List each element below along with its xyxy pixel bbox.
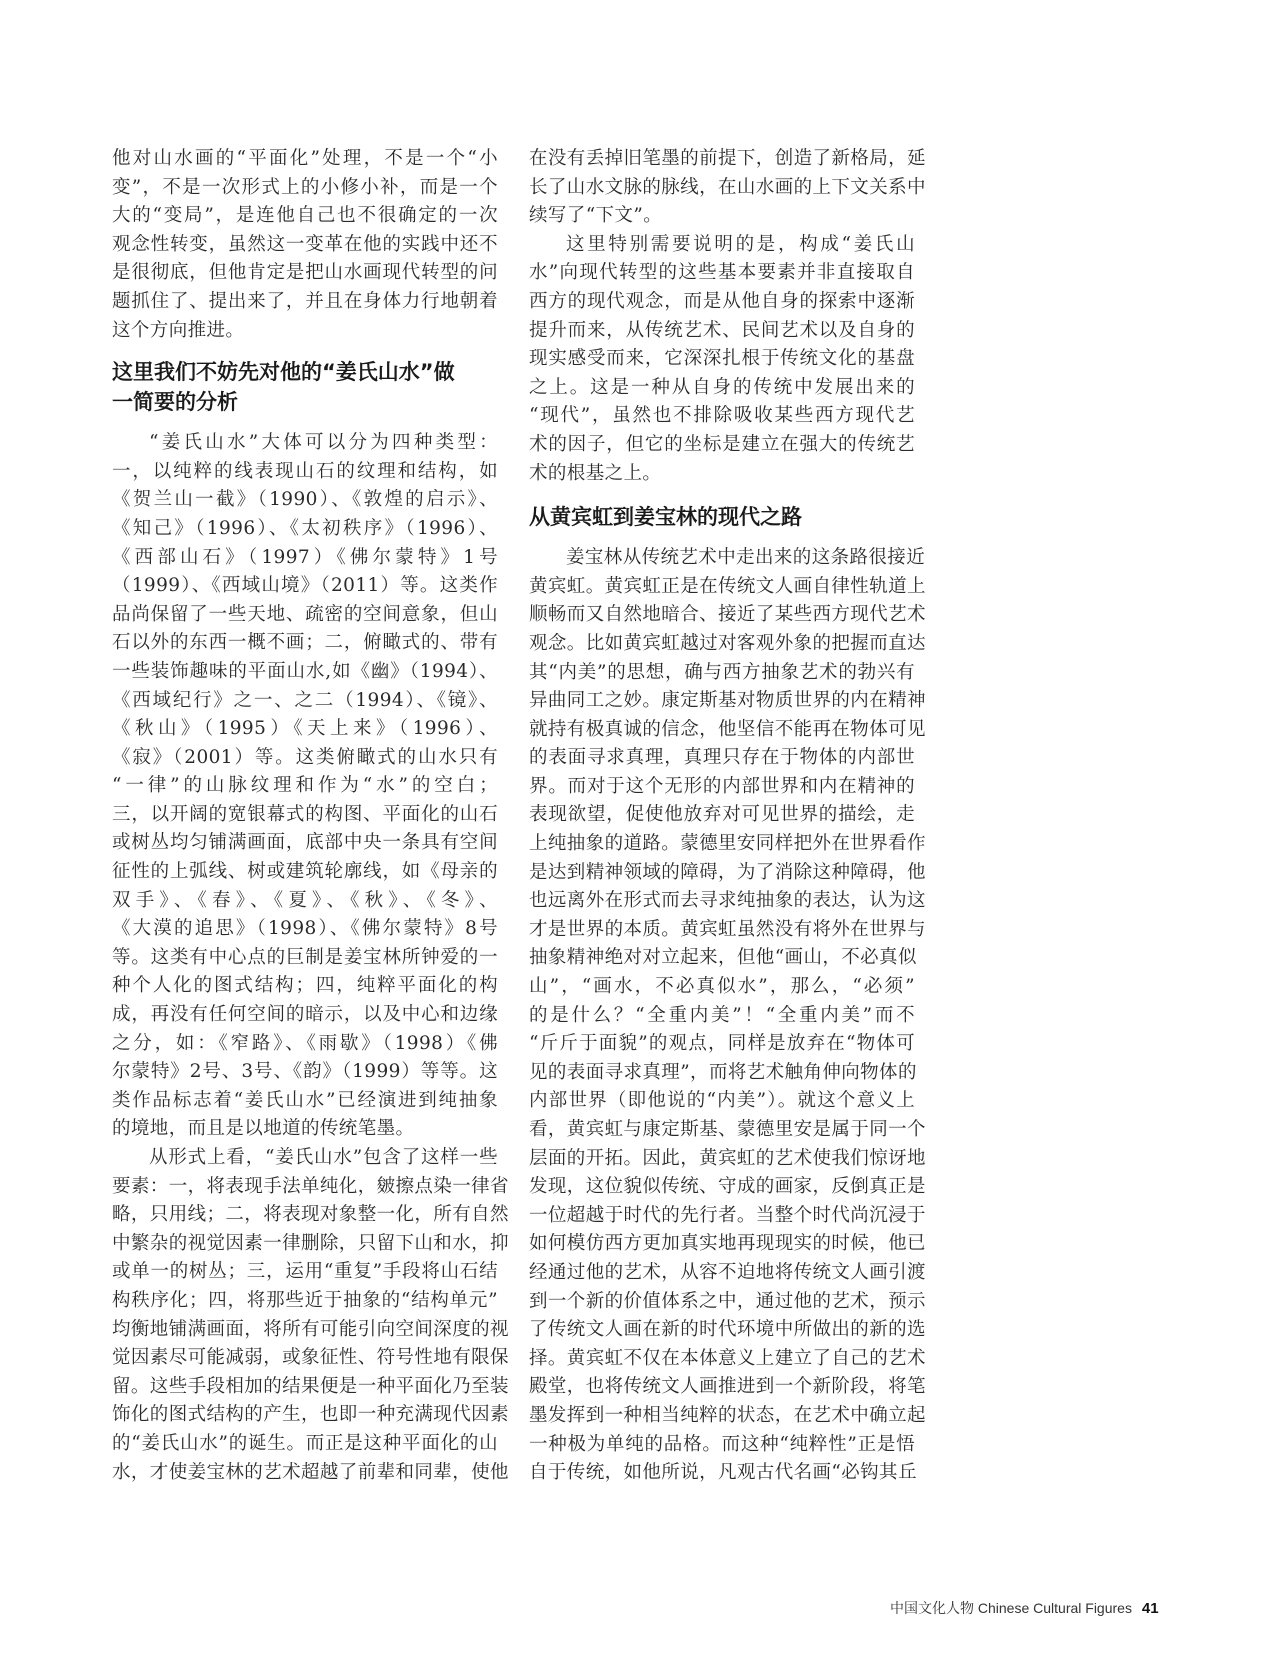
text-line: 现实感受而来，它深深扎根于传统文化的基盘 xyxy=(529,345,915,374)
text-line: 留。这些手段相加的结果便是一种平面化乃至装 xyxy=(112,1373,498,1402)
text-line: 双手》、《春》、《夏》、《秋》、《冬》、 xyxy=(112,887,498,916)
text-line: 这个方向推进。 xyxy=(112,317,498,346)
text-line: 内部世界（即他说的“内美”）。就这个意义上 xyxy=(529,1087,915,1116)
text-line: 一种极为单纯的品格。而这种“纯粹性”正是悟 xyxy=(529,1431,915,1460)
text-line: 要素：一，将表现手法单纯化，皴擦点染一律省 xyxy=(112,1173,498,1202)
text-line: 一些装饰趣味的平面山水,如《幽》（1994）、 xyxy=(112,658,498,687)
text-line: 题抓住了、提出来了，并且在身体力行地朝着 xyxy=(112,288,498,317)
page-footer: 中国文化人物 Chinese Cultural Figures 41 xyxy=(890,1598,1159,1618)
text-line: 成，再没有任何空间的暗示，以及中心和边缘 xyxy=(112,1001,498,1030)
text-line: 略，只用线；二，将表现对象整一化，所有自然 xyxy=(112,1201,498,1230)
text-line: 尔蒙特》2号、3号、《韵》（1999）等等。这 xyxy=(112,1058,498,1087)
publication-name: 中国文化人物 Chinese Cultural Figures xyxy=(890,1600,1132,1616)
text-line: 石以外的东西一概不画；二，俯瞰式的、带有 xyxy=(112,629,498,658)
text-line: 墨发挥到一种相当纯粹的状态，在艺术中确立起 xyxy=(529,1402,915,1431)
text-line: 其“内美”的思想，确与西方抽象艺术的勃兴有 xyxy=(529,659,915,688)
text-line: 《贺兰山一截》（1990）、《敦煌的启示》、 xyxy=(112,486,498,515)
text-line: 了传统文人画在新的时代环境中所做出的新的选 xyxy=(529,1316,915,1345)
text-line: 界。而对于这个无形的内部世界和内在精神的 xyxy=(529,773,915,802)
text-line: 构秩序化；四，将那些近于抽象的“结构单元” xyxy=(112,1287,498,1316)
text-line: 顺畅而又自然地暗合、接近了某些西方现代艺术 xyxy=(529,601,915,630)
section-heading-analysis: 这里我们不妨先对他的“姜氏山水”做 一简要的分析 xyxy=(112,357,498,417)
text-line: “斤斤于面貌”的观点，同样是放弃在“物体可 xyxy=(529,1030,915,1059)
text-line: 饰化的图式结构的产生，也即一种充满现代因素 xyxy=(112,1401,498,1430)
text-line: 的“姜氏山水”的诞生。而正是这种平面化的山 xyxy=(112,1430,498,1459)
text-line: 层面的开拓。因此，黄宾虹的艺术使我们惊讶地 xyxy=(529,1145,915,1174)
right-column: 在没有丢掉旧笔墨的前提下，创造了新格局，延长了山水文脉的脉线，在山水画的上下文关… xyxy=(529,145,915,1488)
text-line: 等。这类有中心点的巨制是姜宝林所钟爱的一 xyxy=(112,944,498,973)
text-line: 他对山水画的“平面化”处理，不是一个“小 xyxy=(112,145,498,174)
text-line: 《秋山》（1995）《天上来》（1996）、 xyxy=(112,715,498,744)
text-line: 经通过他的艺术，从容不迫地将传统文人画引渡 xyxy=(529,1259,915,1288)
text-line: 观念性转变，虽然这一变革在他的实践中还不 xyxy=(112,231,498,260)
text-line: 种个人化的图式结构；四，纯粹平面化的构 xyxy=(112,972,498,1001)
text-line: 或树丛均匀铺满画面，底部中央一条具有空间 xyxy=(112,829,498,858)
text-line: 的是什么？“全重内美”！“全重内美”而不 xyxy=(529,1002,915,1031)
text-line: 自于传统，如他所说，凡观古代名画“必钩其丘 xyxy=(529,1459,915,1488)
text-line: 或单一的树丛；三，运用“重复”手段将山石结 xyxy=(112,1258,498,1287)
text-line: 的境地，而且是以地道的传统笔墨。 xyxy=(112,1115,498,1144)
text-line: 是很彻底，但他肯定是把山水画现代转型的问 xyxy=(112,259,498,288)
text-line: 发现，这位貌似传统、守成的画家，反倒真正是 xyxy=(529,1173,915,1202)
text-line: 如何模仿西方更加真实地再现现实的时候，他已 xyxy=(529,1230,915,1259)
text-line: 水”向现代转型的这些基本要素并非直接取自 xyxy=(529,259,915,288)
section-heading-huang-binhong: 从黄宾虹到姜宝林的现代之路 xyxy=(529,502,915,532)
left-column: 他对山水画的“平面化”处理，不是一个“小变”，不是一次形式上的小修小补，而是一个… xyxy=(112,145,498,1487)
text-line: 中繁杂的视觉因素一律删除，只留下山和水，抑 xyxy=(112,1230,498,1259)
text-line: 到一个新的价值体系之中，通过他的艺术，预示 xyxy=(529,1288,915,1317)
text-line: 的表面寻求真理，真理只存在于物体的内部世 xyxy=(529,744,915,773)
text-line: 殿堂，也将传统文人画推进到一个新阶段，将笔 xyxy=(529,1373,915,1402)
text-line: 从形式上看，“姜氏山水”包含了这样一些 xyxy=(112,1144,498,1173)
heading-line: 一简要的分析 xyxy=(112,387,498,417)
text-line: 看，黄宾虹与康定斯基、蒙德里安是属于同一个 xyxy=(529,1116,915,1145)
text-line: 见的表面寻求真理”，而将艺术触角伸向物体的 xyxy=(529,1059,915,1088)
paragraph-continuation: 在没有丢掉旧笔墨的前提下，创造了新格局，延长了山水文脉的脉线，在山水画的上下文关… xyxy=(529,145,915,231)
text-line: 观念。比如黄宾虹越过对客观外象的把握而直达 xyxy=(529,630,915,659)
text-line: “现代”，虽然也不排除吸收某些西方现代艺 xyxy=(529,402,915,431)
text-line: 之上。这是一种从自身的传统中发展出来的 xyxy=(529,374,915,403)
text-line: 均衡地铺满画面，将所有可能引向空间深度的视 xyxy=(112,1316,498,1345)
page-number: 41 xyxy=(1142,1600,1159,1617)
paragraph-special-note: 这里特别需要说明的是，构成“姜氏山水”向现代转型的这些基本要素并非直接取自西方的… xyxy=(529,231,915,488)
text-line: 就持有极真诚的信念，他坚信不能再在物体可见 xyxy=(529,716,915,745)
text-line: 《大漠的追思》（1998）、《佛尔蒙特》8号 xyxy=(112,915,498,944)
text-line: 《寂》（2001）等。这类俯瞰式的山水只有 xyxy=(112,744,498,773)
text-line: 也远离外在形式而去寻求纯抽象的表达，认为这 xyxy=(529,887,915,916)
text-line: 黄宾虹。黄宾虹正是在传统文人画自律性轨道上 xyxy=(529,573,915,602)
text-line: 品尚保留了一些天地、疏密的空间意象，但山 xyxy=(112,601,498,630)
text-line: 才是世界的本质。黄宾虹虽然没有将外在世界与 xyxy=(529,916,915,945)
text-line: 择。黄宾虹不仅在本体意义上建立了自己的艺术 xyxy=(529,1345,915,1374)
text-line: 《西部山石》（1997）《佛尔蒙特》1号 xyxy=(112,544,498,573)
text-line: 山”，“画水，不必真似水”，那么，“必须” xyxy=(529,973,915,1002)
text-line: 《知己》（1996）、《太初秩序》（1996）、 xyxy=(112,515,498,544)
text-line: 征性的上弧线、树或建筑轮廓线，如《母亲的 xyxy=(112,858,498,887)
text-line: 觉因素尽可能减弱，或象征性、符号性地有限保 xyxy=(112,1344,498,1373)
text-line: 术的根基之上。 xyxy=(529,460,915,489)
heading-line: 这里我们不妨先对他的“姜氏山水”做 xyxy=(112,357,498,387)
text-line: “一律”的山脉纹理和作为“水”的空白； xyxy=(112,772,498,801)
text-line: 水，才使姜宝林的艺术超越了前辈和同辈，使他 xyxy=(112,1459,498,1488)
text-line: 上纯抽象的道路。蒙德里安同样把外在世界看作 xyxy=(529,830,915,859)
paragraph-four-types: “姜氏山水”大体可以分为四种类型：一，以纯粹的线表现山石的纹理和结构，如《贺兰山… xyxy=(112,429,498,1144)
paragraph-flattening: 他对山水画的“平面化”处理，不是一个“小变”，不是一次形式上的小修小补，而是一个… xyxy=(112,145,498,345)
text-line: （1999）、《西域山境》（2011）等。这类作 xyxy=(112,572,498,601)
text-line: 类作品标志着“姜氏山水”已经演进到纯抽象 xyxy=(112,1087,498,1116)
paragraph-formal-elements: 从形式上看，“姜氏山水”包含了这样一些要素：一，将表现手法单纯化，皴擦点染一律省… xyxy=(112,1144,498,1487)
text-line: 抽象精神绝对对立起来，但他“画山，不必真似 xyxy=(529,944,915,973)
text-line: 西方的现代观念，而是从他自身的探索中逐渐 xyxy=(529,288,915,317)
text-line: 一，以纯粹的线表现山石的纹理和结构，如 xyxy=(112,458,498,487)
text-line: “姜氏山水”大体可以分为四种类型： xyxy=(112,429,498,458)
text-line: 之分，如：《窄路》、《雨歇》（1998）《佛 xyxy=(112,1030,498,1059)
text-line: 是达到精神领域的障碍，为了消除这种障碍，他 xyxy=(529,859,915,888)
paragraph-huang-binhong: 姜宝林从传统艺术中走出来的这条路很接近黄宾虹。黄宾虹正是在传统文人画自律性轨道上… xyxy=(529,544,915,1488)
text-line: 《西域纪行》之一、之二（1994）、《镜》、 xyxy=(112,687,498,716)
text-line: 变”，不是一次形式上的小修小补，而是一个 xyxy=(112,174,498,203)
text-line: 一位超越于时代的先行者。当整个时代尚沉浸于 xyxy=(529,1202,915,1231)
text-line: 姜宝林从传统艺术中走出来的这条路很接近 xyxy=(529,544,915,573)
text-line: 在没有丢掉旧笔墨的前提下，创造了新格局，延 xyxy=(529,145,915,174)
text-line: 三，以开阔的宽银幕式的构图、平面化的山石 xyxy=(112,801,498,830)
text-line: 提升而来，从传统艺术、民间艺术以及自身的 xyxy=(529,317,915,346)
text-line: 术的因子，但它的坐标是建立在强大的传统艺 xyxy=(529,431,915,460)
text-line: 大的“变局”，是连他自己也不很确定的一次 xyxy=(112,202,498,231)
text-line: 续写了“下文”。 xyxy=(529,202,915,231)
heading-line: 从黄宾虹到姜宝林的现代之路 xyxy=(529,502,915,532)
text-line: 长了山水文脉的脉线，在山水画的上下文关系中 xyxy=(529,174,915,203)
text-line: 异曲同工之妙。康定斯基对物质世界的内在精神 xyxy=(529,687,915,716)
text-line: 表现欲望，促使他放弃对可见世界的描绘，走 xyxy=(529,801,915,830)
text-line: 这里特别需要说明的是，构成“姜氏山 xyxy=(529,231,915,260)
